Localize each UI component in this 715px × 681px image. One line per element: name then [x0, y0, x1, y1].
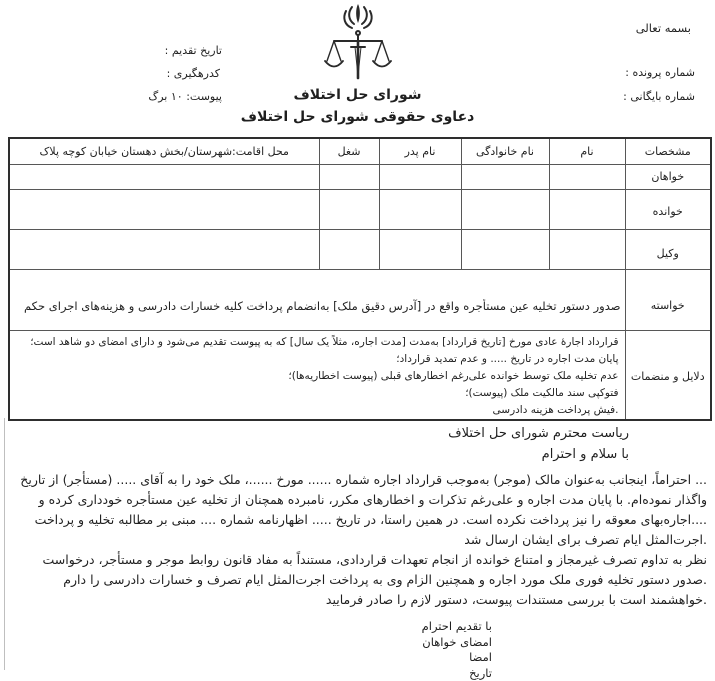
scanned-legal-form-page: بسمه تعالی شماره پرونده : شماره بایگانی … [0, 0, 715, 681]
closing-signature-label: امضا [8, 650, 492, 666]
table-header-row: مشخصات نام نام خانوادگی نام پدر شغل محل … [9, 138, 711, 164]
iran-judiciary-emblem-icon [322, 2, 394, 86]
plaintiff-cell [9, 164, 319, 189]
case-number-label: شماره پرونده : [625, 66, 695, 79]
evidence-line: فتوکپی سند مالکیت ملک (پیوست)؛ [16, 385, 619, 402]
defendant-row: خوانده [9, 189, 711, 229]
evidence-cell: قرارداد اجارهٔ عادی مورخ [تاریخ قرارداد]… [9, 330, 625, 420]
defendant-cell [379, 189, 461, 229]
col-header-specs: مشخصات [625, 138, 711, 164]
submission-date-label: تاریخ تقدیم : [165, 44, 222, 57]
col-header-surname: نام خانوادگی [461, 138, 549, 164]
demand-row: خواسته صدور دستور تخلیه عین مستأجره واقع… [9, 269, 711, 330]
letter-closing-block: با تقدیم احترام امضای خواهان امضا تاریخ [8, 619, 707, 681]
demand-text: صدور دستور تخلیه عین مستأجره واقع در [آد… [16, 299, 621, 313]
council-title: شورای حل اختلاف [0, 87, 715, 103]
col-header-name: نام [549, 138, 625, 164]
defendant-cell [461, 189, 549, 229]
row-label-plaintiff: خواهان [625, 164, 711, 189]
col-header-residence: محل اقامت:شهرستان/بخش دهستان خیابان کوچه… [9, 138, 319, 164]
plaintiff-cell [379, 164, 461, 189]
closing-signature-of-plaintiff: امضای خواهان [8, 635, 492, 651]
col-header-father-name: نام پدر [379, 138, 461, 164]
evidence-line: پایان مدت اجاره در تاریخ ..... و عدم تمد… [16, 351, 619, 368]
evidence-line: عدم تخلیه ملک توسط خوانده علی‌رغم اخطاره… [16, 368, 619, 385]
form-title: دعاوی حقوقی شورای حل اختلاف [0, 109, 715, 125]
row-label-attorney: وکیل [625, 229, 711, 269]
defendant-cell [549, 189, 625, 229]
plaintiff-cell [461, 164, 549, 189]
demand-cell: صدور دستور تخلیه عین مستأجره واقع در [آد… [9, 269, 625, 330]
col-header-occupation: شغل [319, 138, 379, 164]
petition-letter: ریاست محترم شورای حل اختلاف با سلام و اح… [8, 424, 707, 681]
row-label-evidence: دلایل و منضمات [625, 330, 711, 420]
attorney-cell [9, 229, 319, 269]
bismillah-text: بسمه تعالی [636, 21, 691, 35]
plaintiff-cell [319, 164, 379, 189]
attorney-row: وکیل [9, 229, 711, 269]
tracking-code-label: کدرهگیری : [167, 67, 220, 80]
letter-line: .خواهشمند است با بررسی مستندات پیوست، دس… [8, 590, 707, 610]
letter-line: ... احتراماً، اینجانب به‌عنوان مالک (موج… [8, 470, 707, 490]
attorney-cell [319, 229, 379, 269]
attorney-cell [461, 229, 549, 269]
defendant-cell [9, 189, 319, 229]
evidence-line: قرارداد اجارهٔ عادی مورخ [تاریخ قرارداد]… [16, 334, 619, 351]
attorney-cell [379, 229, 461, 269]
plaintiff-row: خواهان [9, 164, 711, 189]
attorney-cell [549, 229, 625, 269]
evidence-row: دلایل و منضمات قرارداد اجارهٔ عادی مورخ … [9, 330, 711, 420]
plaintiff-cell [549, 164, 625, 189]
closing-respect-line: با تقدیم احترام [8, 619, 492, 635]
defendant-cell [319, 189, 379, 229]
row-label-demand: خواسته [625, 269, 711, 330]
closing-date-label: تاریخ [8, 666, 492, 681]
letter-line: .صدور دستور تخلیه فوری ملک مورد اجاره و … [8, 570, 707, 590]
parties-table: مشخصات نام نام خانوادگی نام پدر شغل محل … [8, 137, 712, 421]
scan-frame-line [4, 418, 5, 670]
letter-line: واگذار نموده‌ام. با پایان مدت اجاره و عل… [8, 490, 707, 510]
letter-salutation: ریاست محترم شورای حل اختلاف [8, 426, 629, 441]
letter-greeting: با سلام و احترام [8, 447, 629, 462]
letter-line: .اجرت‌المثل ایام تصرف برای ایشان ارسال ش… [8, 530, 707, 550]
evidence-line: .فیش پرداخت هزینه دادرسی [16, 402, 619, 419]
row-label-defendant: خوانده [625, 189, 711, 229]
letter-line: ....اجاره‌بهای معوقه را نیز پرداخت نکرده… [8, 510, 707, 530]
letter-line: نظر به تداوم تصرف غیرمجاز و امتناع خواند… [8, 550, 707, 570]
